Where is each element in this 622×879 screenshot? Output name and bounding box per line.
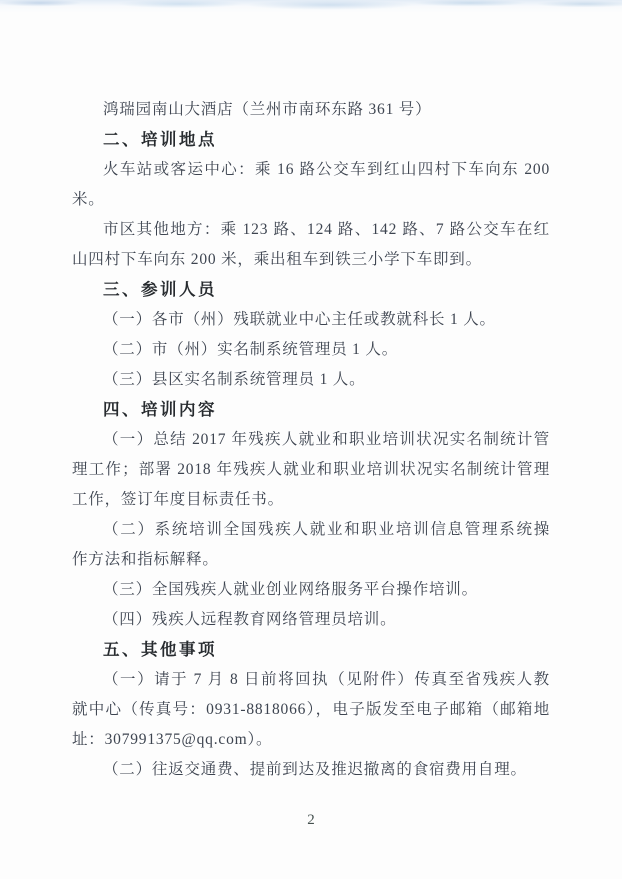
content-item-4: （四）残疾人远程教育网络管理员培训。 [72,605,550,635]
directions-line-1: 火车站或客运中心：乘 16 路公交车到红山四村下车向东 200 [72,155,550,185]
other-item-2: （二）往返交通费、提前到达及推迟撤离的食宿费用自理。 [72,755,550,785]
participants-item-1: （一）各市（州）残联就业中心主任或教就科长 1 人。 [72,305,550,335]
content-item-1-line-2: 理工作；部署 2018 年残疾人就业和职业培训状况实名制统计管理 [72,455,550,485]
content-item-1-line-3: 工作，签订年度目标责任书。 [72,485,550,515]
participants-item-3: （三）县区实名制系统管理员 1 人。 [72,365,550,395]
section-heading-participants: 三、参训人员 [72,275,550,305]
section-heading-location: 二、培训地点 [72,125,550,155]
other-item-1-line-2: 就中心（传真号：0931-8818066），电子版发至电子邮箱（邮箱地 [72,695,550,725]
scanned-notice-page: 鸿瑞园南山大酒店（兰州市南环东路 361 号） 二、培训地点 火车站或客运中心：… [0,0,622,879]
content-item-3: （三）全国残疾人就业创业网络服务平台操作培训。 [72,575,550,605]
content-item-2-line-2: 作方法和指标解释。 [72,545,550,575]
participants-item-2: （二）市（州）实名制系统管理员 1 人。 [72,335,550,365]
directions-line-2: 米。 [72,185,550,215]
page-number: 2 [0,806,622,834]
other-item-1-line-1: （一）请于 7 月 8 日前将回执（见附件）传真至省残疾人教 [72,665,550,695]
content-item-1-line-1: （一）总结 2017 年残疾人就业和职业培训状况实名制统计管 [72,425,550,455]
content-item-2-line-1: （二）系统培训全国残疾人就业和职业培训信息管理系统操 [72,515,550,545]
other-item-1-line-3: 址：307991375@qq.com）。 [72,725,550,755]
directions-line-4: 山四村下车向东 200 米，乘出租车到铁三小学下车即到。 [72,245,550,275]
directions-line-3: 市区其他地方：乘 123 路、124 路、142 路、7 路公交车在红 [72,215,550,245]
document-body: 鸿瑞园南山大酒店（兰州市南环东路 361 号） 二、培训地点 火车站或客运中心：… [0,0,622,785]
section-heading-content: 四、培训内容 [72,395,550,425]
hotel-address-line: 鸿瑞园南山大酒店（兰州市南环东路 361 号） [72,95,550,125]
section-heading-other: 五、其他事项 [72,635,550,665]
